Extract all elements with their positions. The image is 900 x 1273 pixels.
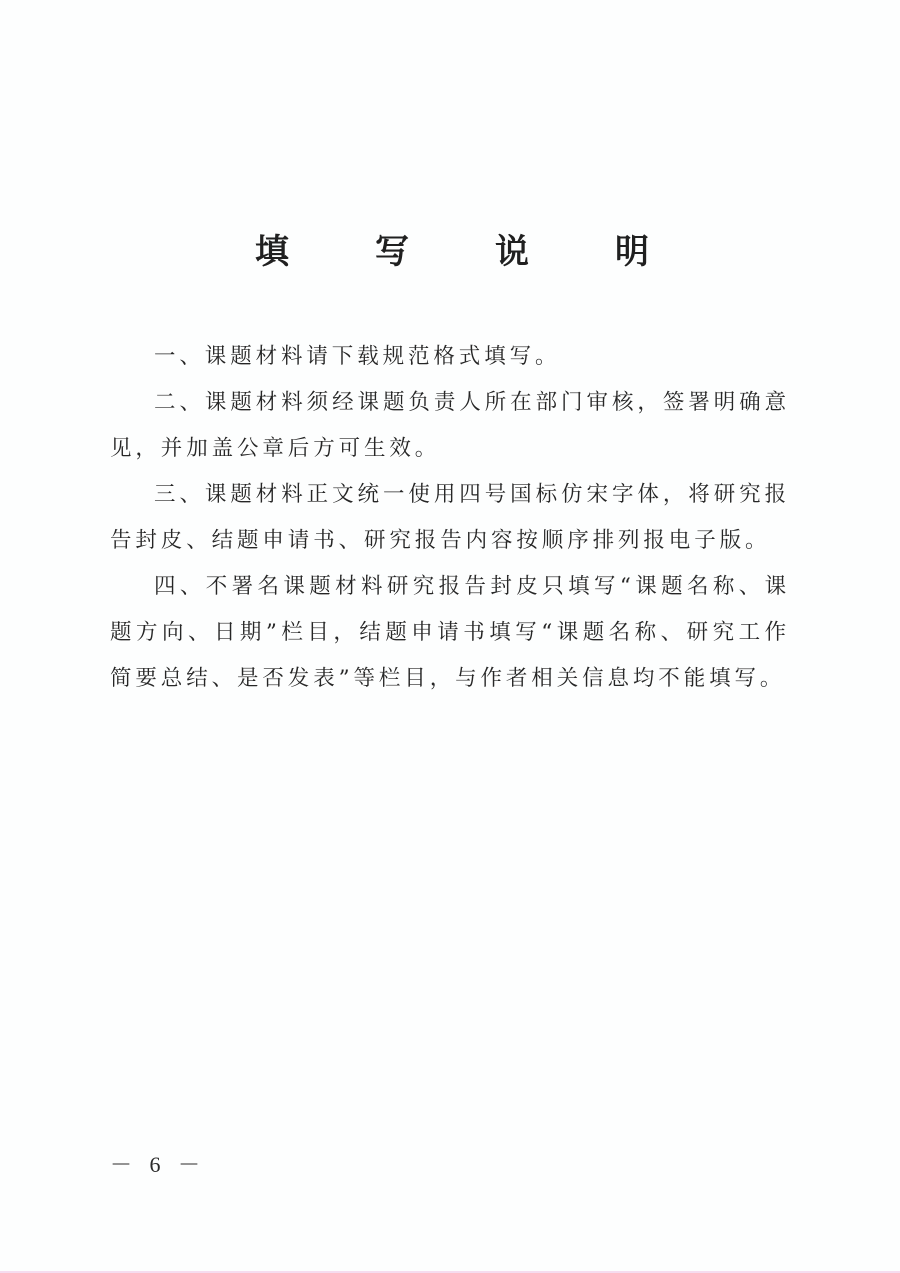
- title-char-1: 填: [252, 224, 292, 273]
- document-page: 填 写 说 明 一、课题材料请下载规范格式填写。 二、课题材料须经课题负责人所在…: [0, 0, 900, 1273]
- page-title: 填 写 说 明: [252, 222, 652, 274]
- instruction-item-2: 二、课题材料须经课题负责人所在部门审核，签署明确意见，并加盖公章后方可生效。: [110, 380, 790, 472]
- title-char-3: 说: [492, 224, 532, 273]
- page-number: － 6 －: [110, 1148, 206, 1179]
- title-char-4: 明: [612, 224, 652, 273]
- instruction-item-1: 一、课题材料请下载规范格式填写。: [110, 334, 790, 380]
- instruction-item-3: 三、课题材料正文统一使用四号国标仿宋字体，将研究报告封皮、结题申请书、研究报告内…: [110, 472, 790, 564]
- instruction-item-4: 四、不署名课题材料研究报告封皮只填写“课题名称、课题方向、日期”栏目，结题申请书…: [110, 564, 790, 702]
- title-char-2: 写: [372, 224, 412, 273]
- instructions-body: 一、课题材料请下载规范格式填写。 二、课题材料须经课题负责人所在部门审核，签署明…: [110, 334, 790, 702]
